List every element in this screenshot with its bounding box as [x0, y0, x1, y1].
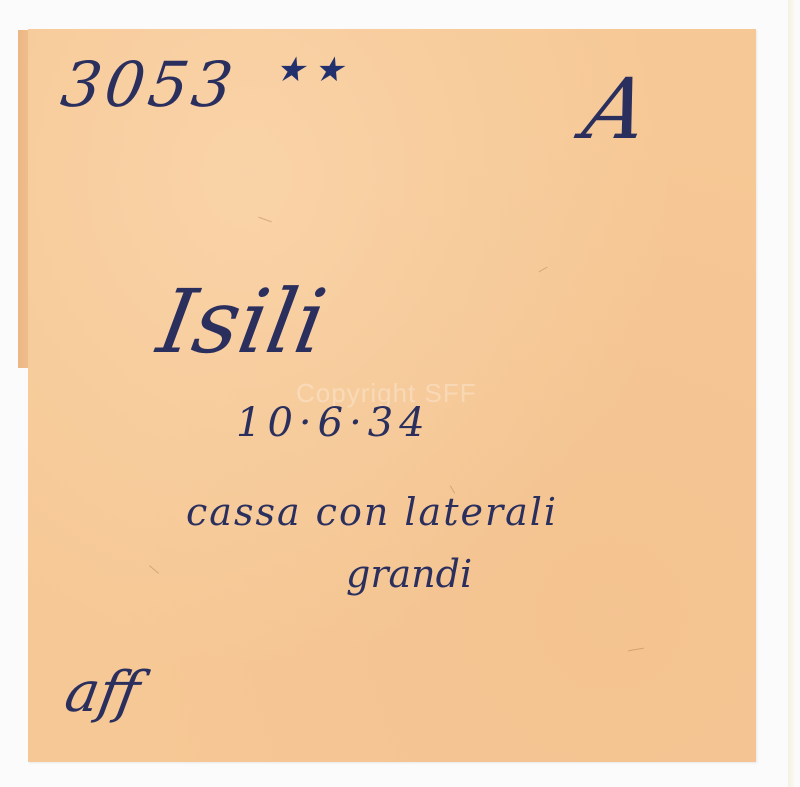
note-line-2: grandi: [346, 552, 472, 596]
background-edge-strip: [788, 0, 794, 787]
catalog-number: 3053: [57, 48, 241, 121]
collector-initials: aff: [60, 660, 145, 725]
collection-date: 10·6·34: [236, 400, 431, 446]
paper-fiber: [149, 565, 159, 573]
star-marks-icon: ★★: [275, 50, 352, 90]
locality-name: Isili: [151, 270, 334, 373]
note-line-1: cassa con laterali: [186, 490, 558, 534]
paper-fiber: [628, 648, 644, 652]
paper-fiber: [538, 267, 547, 273]
paper-fiber: [258, 217, 271, 223]
